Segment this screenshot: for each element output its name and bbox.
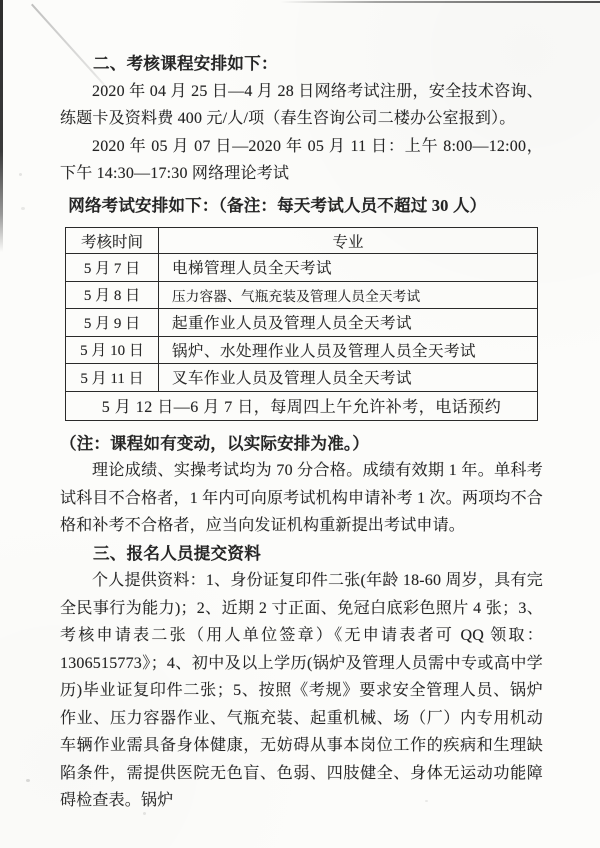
section3-heading: 三、报名人员提交资料 [60, 540, 543, 568]
exam-date-cell: 5 月 11 日 [66, 364, 159, 392]
scan-left-edge-artifact [0, 0, 3, 252]
table-header-row: 考核时间 专业 [66, 228, 538, 254]
exam-subject-cell: 起重作业人员及管理人员全天考试 [159, 309, 538, 337]
scan-speck [21, 207, 25, 210]
scan-top-edge-artifact [280, 1, 600, 3]
exam-schedule-table: 考核时间 专业 5 月 7 日 电梯管理人员全天考试 5 月 8 日 压力容器、… [65, 227, 538, 421]
para-theory-exam: 2020 年 05 月 07 日—2020 年 05 月 11 日：上午 8:0… [60, 133, 543, 188]
exam-table-title: 网络考试安排如下：（备注：每天考试人员不超过 30 人） [60, 192, 543, 220]
table-row: 5 月 11 日 叉车作业人员及管理人员全天考试 [66, 364, 538, 392]
exam-table-body: 5 月 7 日 电梯管理人员全天考试 5 月 8 日 压力容器、气瓶充装及管理人… [66, 254, 538, 421]
table-footer-row: 5 月 12 日—6 月 7 日，每周四上午允许补考，电话预约 [66, 391, 538, 420]
exam-date-cell: 5 月 8 日 [66, 281, 159, 309]
table-row: 5 月 10 日 锅炉、水处理作业人员及管理人员全天考试 [66, 336, 538, 364]
scan-speck [19, 173, 22, 176]
exam-date-cell: 5 月 10 日 [66, 336, 159, 364]
para-submission-materials: 个人提供资料：1、身份证复印件二张(年龄 18-60 周岁，具有完全民事行为能力… [60, 567, 543, 815]
header-exam-time: 考核时间 [66, 228, 159, 254]
header-major: 专业 [159, 228, 538, 254]
schedule-change-note: （注：课程如有变动，以实际安排为准。） [60, 430, 543, 458]
scanned-document-page: 二、考核课程安排如下： 2020 年 04 月 25 日—4 月 28 日网络考… [0, 0, 600, 848]
exam-subject-cell: 锅炉、水处理作业人员及管理人员全天考试 [159, 336, 538, 364]
makeup-exam-note-cell: 5 月 12 日—6 月 7 日，每周四上午允许补考，电话预约 [66, 391, 538, 420]
section2-heading: 二、考核课程安排如下： [60, 50, 543, 78]
table-row: 5 月 8 日 压力容器、气瓶充装及管理人员全天考试 [66, 281, 538, 309]
para-passing-rules: 理论成绩、实操考试均为 70 分合格。成绩有效期 1 年。单科考试科目不合格者，… [60, 457, 543, 540]
exam-subject-cell: 压力容器、气瓶充装及管理人员全天考试 [159, 281, 538, 309]
exam-date-cell: 5 月 7 日 [66, 254, 159, 282]
table-row: 5 月 9 日 起重作业人员及管理人员全天考试 [66, 309, 538, 337]
exam-subject-cell: 电梯管理人员全天考试 [159, 254, 538, 282]
table-row: 5 月 7 日 电梯管理人员全天考试 [66, 254, 538, 282]
exam-date-cell: 5 月 9 日 [66, 309, 159, 337]
para-registration: 2020 年 04 月 25 日—4 月 28 日网络考试注册，安全技术咨询、练… [60, 78, 543, 133]
scan-speck [26, 779, 30, 782]
document-content: 二、考核课程安排如下： 2020 年 04 月 25 日—4 月 28 日网络考… [60, 50, 543, 815]
exam-subject-cell: 叉车作业人员及管理人员全天考试 [159, 364, 538, 392]
